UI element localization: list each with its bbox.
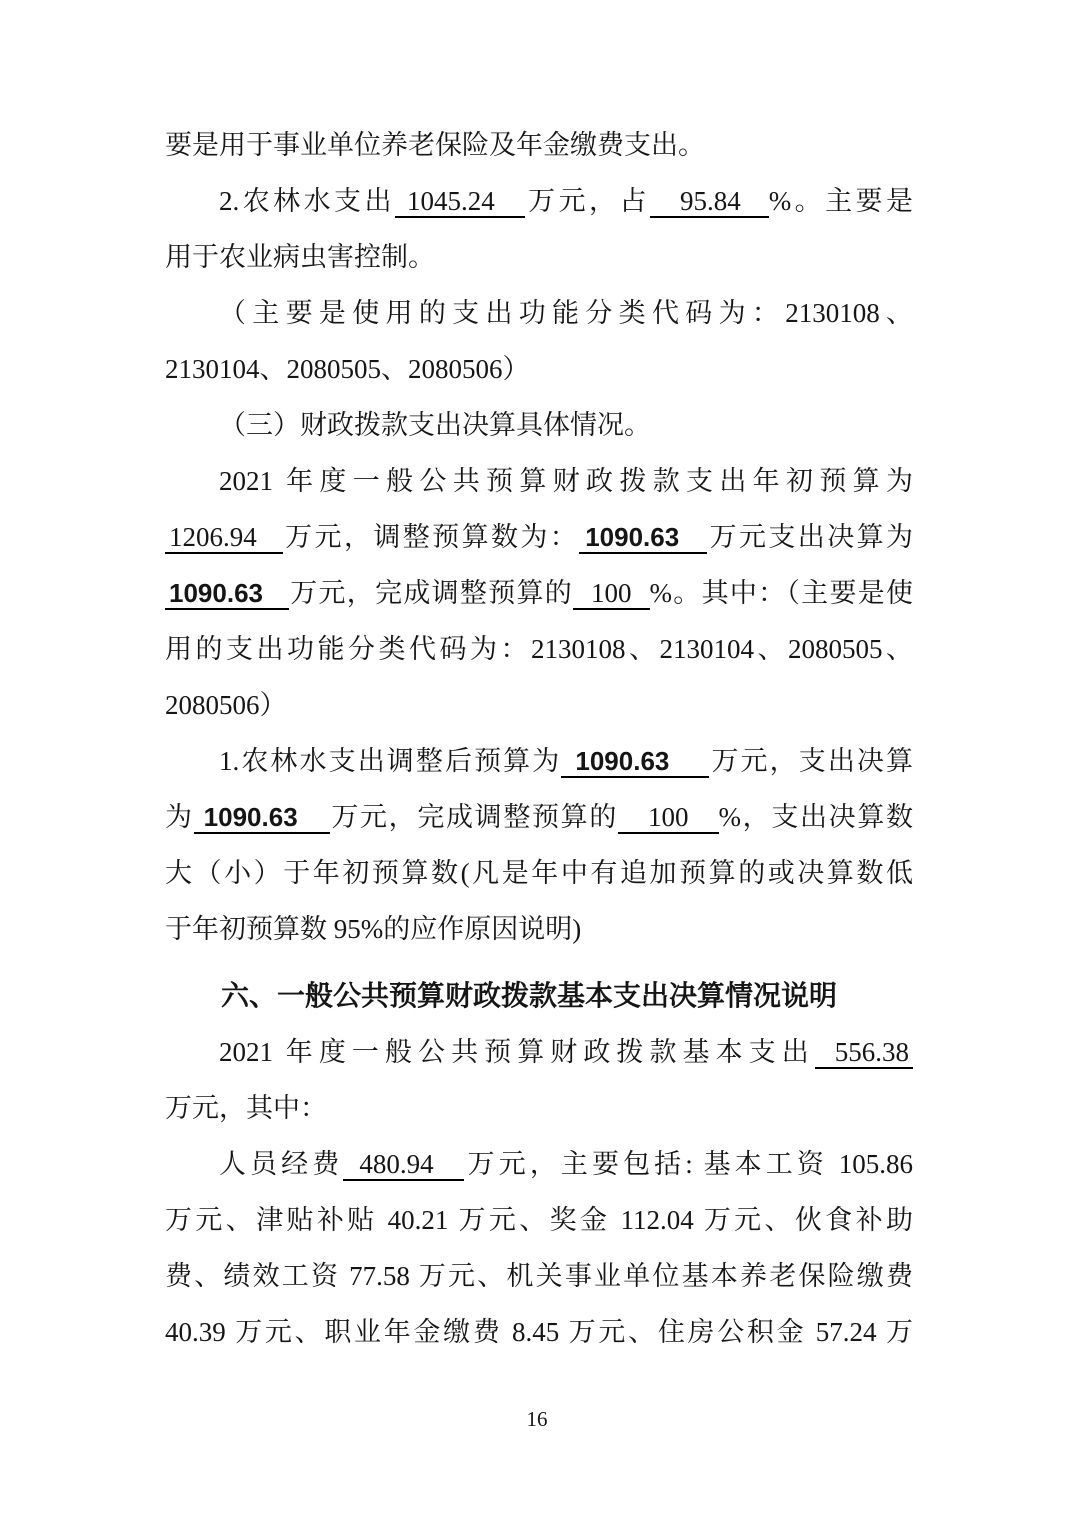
- text-run: 1.农林水支出调整后预算为: [219, 746, 561, 776]
- underlined-value: 1045.24: [395, 186, 525, 218]
- text-line: 2021 年度一般公共预算财政拨款支出年初预算为: [165, 453, 913, 509]
- text-run: 万元支出决算为: [707, 522, 913, 552]
- underlined-value-bold: 1090.63: [579, 522, 707, 554]
- text-run: 万元，完成调整预算的: [330, 802, 618, 832]
- text-run: 用于农业病虫害控制。: [165, 242, 435, 272]
- text-run: 大（小）于年初预算数(凡是年中有追加预算的或决算数低: [165, 858, 913, 888]
- section-heading: 六、一般公共预算财政拨款基本支出决算情况说明: [165, 968, 913, 1024]
- text-line: 要是用于事业单位养老保险及年金缴费支出。: [165, 117, 913, 173]
- text-run: %。主要是: [769, 186, 913, 216]
- document-page: 要是用于事业单位养老保险及年金缴费支出。2.农林水支出1045.24万元，占95…: [0, 0, 1074, 1520]
- text-run: 于年初预算数 95%的应作原因说明): [165, 914, 581, 944]
- text-line: 大（小）于年初预算数(凡是年中有追加预算的或决算数低: [165, 845, 913, 901]
- page-number: 16: [0, 1406, 1074, 1432]
- document-body: 要是用于事业单位养老保险及年金缴费支出。2.农林水支出1045.24万元，占95…: [165, 117, 913, 1360]
- underlined-value: 1206.94: [165, 522, 283, 554]
- text-run: 万元，占: [525, 186, 650, 216]
- underlined-value: 556.38: [815, 1037, 913, 1069]
- text-run: （主要是使用的支出功能分类代码为：2130108、: [219, 298, 913, 328]
- underlined-value-bold: 1090.63: [561, 746, 709, 778]
- text-run: 万元，其中：: [165, 1093, 327, 1123]
- text-run: %。其中：（主要是使: [650, 578, 913, 608]
- underlined-value: 100: [618, 802, 719, 834]
- text-run: 万元，支出决算: [709, 746, 913, 776]
- text-run: 为: [165, 802, 194, 832]
- text-run: 2.农林水支出: [219, 186, 395, 216]
- text-line: （主要是使用的支出功能分类代码为：2130108、: [165, 285, 913, 341]
- text-line: 1.农林水支出调整后预算为1090.63万元，支出决算: [165, 733, 913, 789]
- text-line: 2130104、2080505、2080506）: [165, 341, 913, 397]
- text-line: 人员经费480.94万元，主要包括: 基本工资 105.86: [165, 1136, 913, 1192]
- text-line: 万元，其中：: [165, 1080, 913, 1136]
- text-line: 为1090.63万元，完成调整预算的100%，支出决算数: [165, 789, 913, 845]
- text-run: 40.39 万元、职业年金缴费 8.45 万元、住房公积金 57.24 万: [165, 1317, 913, 1347]
- text-run: 2021 年度一般公共预算财政拨款支出年初预算为: [219, 466, 913, 496]
- text-run: 费、绩效工资 77.58 万元、机关事业单位基本养老保险缴费: [165, 1261, 913, 1291]
- text-run: （三）财政拨款支出决算具体情况。: [219, 410, 651, 440]
- text-run: %，支出决算数: [719, 802, 914, 832]
- text-run: 2080506）: [165, 690, 287, 720]
- text-line: 1206.94万元，调整预算数为：1090.63万元支出决算为: [165, 509, 913, 565]
- text-line: 2021 年度一般公共预算财政拨款基本支出556.38: [165, 1024, 913, 1080]
- text-line: 用的支出功能分类代码为：2130108、2130104、2080505、: [165, 621, 913, 677]
- text-run: 人员经费: [219, 1149, 343, 1179]
- text-run: 要是用于事业单位养老保险及年金缴费支出。: [165, 130, 705, 160]
- text-run: 六、一般公共预算财政拨款基本支出决算情况说明: [221, 980, 837, 1011]
- text-run: 万元，完成调整预算的: [289, 578, 573, 608]
- text-line: 于年初预算数 95%的应作原因说明): [165, 901, 913, 957]
- text-run: 用的支出功能分类代码为：2130108、2130104、2080505、: [165, 634, 913, 664]
- text-run: 2021 年度一般公共预算财政拨款基本支出: [219, 1037, 815, 1067]
- text-run: 万元，主要包括: 基本工资 105.86: [464, 1149, 913, 1179]
- text-line: （三）财政拨款支出决算具体情况。: [165, 397, 913, 453]
- text-line: 费、绩效工资 77.58 万元、机关事业单位基本养老保险缴费: [165, 1248, 913, 1304]
- text-line: 1090.63万元，完成调整预算的100%。其中：（主要是使: [165, 565, 913, 621]
- underlined-value: 480.94: [343, 1149, 463, 1181]
- text-line: 2080506）: [165, 677, 913, 733]
- text-line: 万元、津贴补贴 40.21 万元、奖金 112.04 万元、伙食补助: [165, 1192, 913, 1248]
- underlined-value: 95.84: [650, 186, 769, 218]
- text-line: 2.农林水支出1045.24万元，占95.84%。主要是: [165, 173, 913, 229]
- text-run: 万元，调整预算数为：: [283, 522, 579, 552]
- text-run: 万元、津贴补贴 40.21 万元、奖金 112.04 万元、伙食补助: [165, 1205, 913, 1235]
- text-line: 40.39 万元、职业年金缴费 8.45 万元、住房公积金 57.24 万: [165, 1304, 913, 1360]
- underlined-value-bold: 1090.63: [194, 802, 330, 834]
- text-run: 2130104、2080505、2080506）: [165, 354, 530, 384]
- text-line: 用于农业病虫害控制。: [165, 229, 913, 285]
- underlined-value-bold: 1090.63: [165, 578, 289, 610]
- underlined-value: 100: [573, 578, 650, 610]
